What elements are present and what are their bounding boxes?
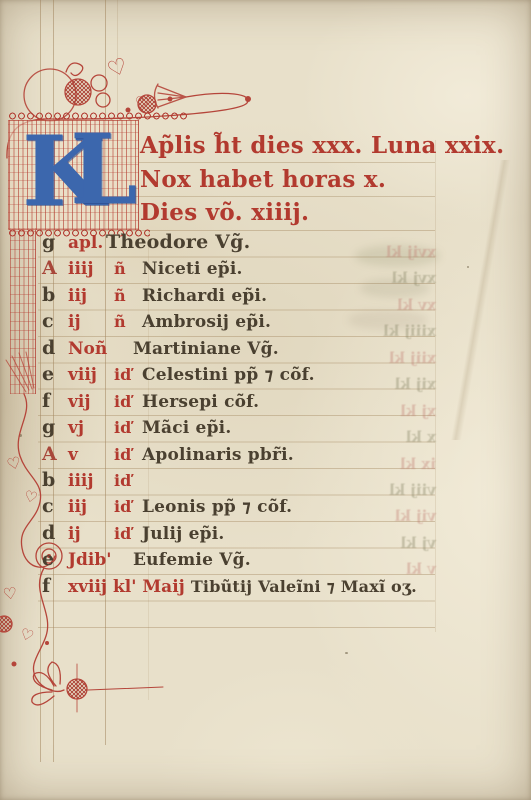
calendar-row: e Jdib' Eufemie Vg̃.: [42, 548, 528, 574]
nones-ides-marker: iď: [114, 497, 142, 516]
dominical-letter: f: [42, 575, 68, 597]
dominical-letter: c: [42, 310, 68, 332]
nones-ides-marker: ñ: [114, 312, 142, 331]
nones-ides-marker: iď: [114, 365, 142, 384]
dominical-letter: e: [42, 363, 68, 385]
initial-letter-l: L: [70, 122, 138, 218]
dominical-letter: f: [42, 390, 68, 412]
calendar-row: d Noñ Martiniane Vg̃.: [42, 337, 528, 363]
nones-ides-marker: iď: [114, 392, 142, 411]
feast-entry: Mãci ep̃i.: [142, 418, 231, 438]
calendar-row: f vij iď Hersepi cõf.: [42, 390, 528, 416]
feast-entry: Martiniane Vg̃.: [133, 339, 279, 359]
roman-numeral: Jdib': [68, 550, 114, 570]
roman-numeral: iij: [68, 286, 114, 306]
feast-entry: Richardi ep̃i.: [142, 286, 267, 306]
dominical-letter: d: [42, 337, 68, 359]
feast-entry: Ambrosij ep̃i.: [142, 312, 271, 332]
roman-numeral: iiij: [68, 259, 114, 279]
roman-numeral: iij: [68, 497, 114, 517]
roman-numeral: vj: [68, 418, 114, 438]
header-line-night-hours: Nox habet horas x.: [140, 163, 504, 197]
calendar-row: c ij ñ Ambrosij ep̃i.: [42, 310, 528, 336]
dominical-letter: g: [42, 231, 68, 253]
feast-entry: Niceti ep̃i.: [142, 259, 243, 279]
feast-entry: Celestini pp̃ ⁊ cõf.: [142, 365, 315, 385]
roman-numeral: viij: [68, 365, 114, 385]
calendar-table: g apl. Theodore Vg̃. A iiij ñ Niceti ep̃…: [42, 231, 528, 601]
feast-entry: Julij ep̃i.: [142, 524, 224, 544]
dominical-letter: g: [42, 416, 68, 438]
dominical-letter: A: [42, 257, 68, 279]
calendar-row: b iij ñ Richardi ep̃i.: [42, 284, 528, 310]
nones-ides-marker: ñ: [114, 259, 142, 278]
calendar-row: g apl. Theodore Vg̃.: [42, 231, 528, 257]
calendar-row: c iij iď Leonis pp̃ ⁊ cõf.: [42, 495, 528, 521]
nones-ides-marker: iď: [114, 418, 142, 437]
calendar-row: A iiij ñ Niceti ep̃i.: [42, 257, 528, 283]
nones-ides-marker: iď: [114, 445, 142, 464]
feast-entry: Leonis pp̃ ⁊ cõf.: [142, 497, 292, 517]
calendar-header: Ap̃lis h̃t dies xxx. Luna xxix. Nox habe…: [140, 129, 504, 230]
feast-entry: Tibũtij Valeĩni ⁊ Maxĩ oʒ.: [191, 577, 417, 596]
heart-ornament-icon: ♡: [2, 585, 18, 603]
feast-entry: Eufemie Vg̃.: [133, 550, 251, 570]
nones-ides-marker: ñ: [114, 286, 142, 305]
dominical-letter: b: [42, 284, 68, 306]
roman-numeral: v: [68, 445, 114, 465]
roman-numeral: vij: [68, 392, 114, 412]
roman-numeral: ij: [68, 312, 114, 332]
calendar-row: A v iď Apolinaris pbr̃i.: [42, 443, 528, 469]
dominical-letter: d: [42, 522, 68, 544]
dominical-letter: c: [42, 495, 68, 517]
dominical-letter: A: [42, 443, 68, 465]
roman-numeral: Noñ: [68, 339, 114, 359]
header-line-day-hours: Dies võ. xiiij.: [140, 196, 504, 230]
calendar-row: f xviij kl' Maij Tibũtij Valeĩni ⁊ Maxĩ …: [42, 575, 528, 601]
nones-ides-marker: iď: [114, 524, 142, 543]
nones-ides-marker: iď: [114, 471, 142, 490]
calendar-row: e viij iď Celestini pp̃ ⁊ cõf.: [42, 363, 528, 389]
left-border-strip: [10, 228, 36, 394]
header-line-days-moon: Ap̃lis h̃t dies xxx. Luna xxix.: [140, 129, 504, 163]
roman-numeral: ij: [68, 524, 114, 544]
roman-numeral: xviij kl' Maij: [68, 577, 191, 597]
feast-entry: Hersepi cõf.: [142, 392, 259, 412]
feast-entry: Theodore Vg̃.: [106, 231, 250, 253]
dominical-letter: e: [42, 548, 68, 570]
roman-numeral: iiij: [68, 471, 114, 491]
feast-entry: Apolinaris pbr̃i.: [142, 445, 294, 465]
calendar-row: g vj iď Mãci ep̃i.: [42, 416, 528, 442]
dominical-letter: b: [42, 469, 68, 491]
calendar-row: d ij iď Julij ep̃i.: [42, 522, 528, 548]
calendar-row: b iiij iď: [42, 469, 528, 495]
manuscript-calendar-page: xvij klxvj klxv klxiiij klxiij klxij klx…: [0, 0, 531, 800]
